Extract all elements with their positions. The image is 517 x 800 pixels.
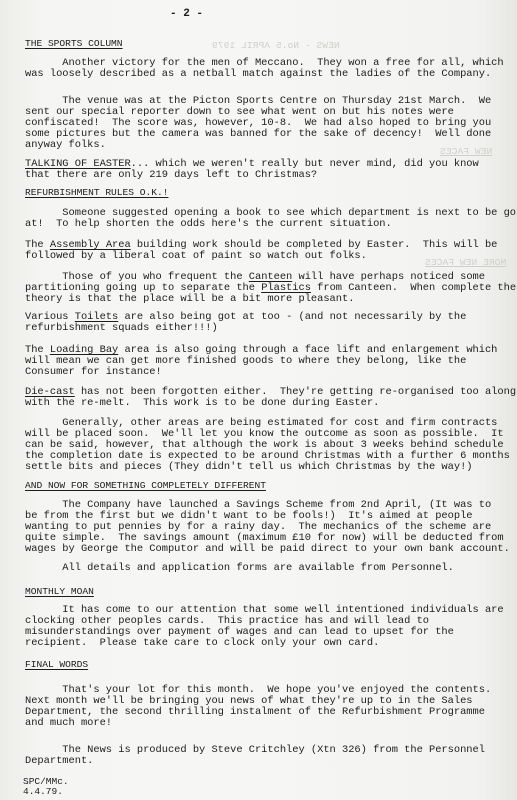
final-p1-l4: and much more! (25, 718, 112, 729)
sports-p1-l2: was loosely described as a netball match… (25, 69, 491, 80)
different-p2: All details and application forms are av… (25, 563, 454, 574)
page-number: - 2 - (170, 8, 203, 20)
generally-l5: settle bits and pieces (They didn't tell… (25, 462, 473, 473)
assembly-line-2: followed by a liberal coat of paint so w… (25, 251, 367, 262)
diecast-line-2: with the re-melt. This work is to be don… (25, 398, 379, 409)
footer-date: 4.4.79. (23, 787, 63, 797)
toilets-line-2: refurbishment squads either!!!) (25, 323, 218, 334)
heading-final-words: FINAL WORDS (25, 659, 88, 670)
different-p1-l5: wages by George the Computor and will be… (25, 544, 510, 555)
final-p2-l1: The News is produced by Steve Critchley … (25, 745, 485, 756)
heading-monthly-moan: MONTHLY MOAN (25, 586, 94, 597)
show-through-heading-2: MORE NEW FACES (425, 257, 506, 268)
easter-line-2: that there are only 219 days left to Chr… (25, 170, 317, 181)
loading-line-3: Consumer for instance! (25, 367, 162, 378)
document-page: NEWS - No.5 APRIL 1979 NEW FACES MORE NE… (0, 0, 517, 800)
show-through-header: NEWS - No.5 APRIL 1979 (212, 40, 340, 51)
moan-l4: recipient. Please take care to clock onl… (25, 638, 379, 649)
sports-p2-l5: anyway folks. (25, 140, 106, 151)
refurb-p1-l2: at! To help shorten the odds here's the … (25, 219, 392, 230)
heading-refurbishment: REFURBISHMENT RULES O.K.! (25, 187, 168, 198)
final-p2-l2: Department. (25, 756, 93, 767)
show-through-heading: NEW FACES (440, 146, 492, 157)
heading-sports-column: THE SPORTS COLUMN (25, 38, 123, 49)
heading-something-different: AND NOW FOR SOMETHING COMPLETELY DIFFERE… (25, 480, 266, 491)
canteen-line-3: theory is that the place will be a bit m… (25, 294, 354, 305)
